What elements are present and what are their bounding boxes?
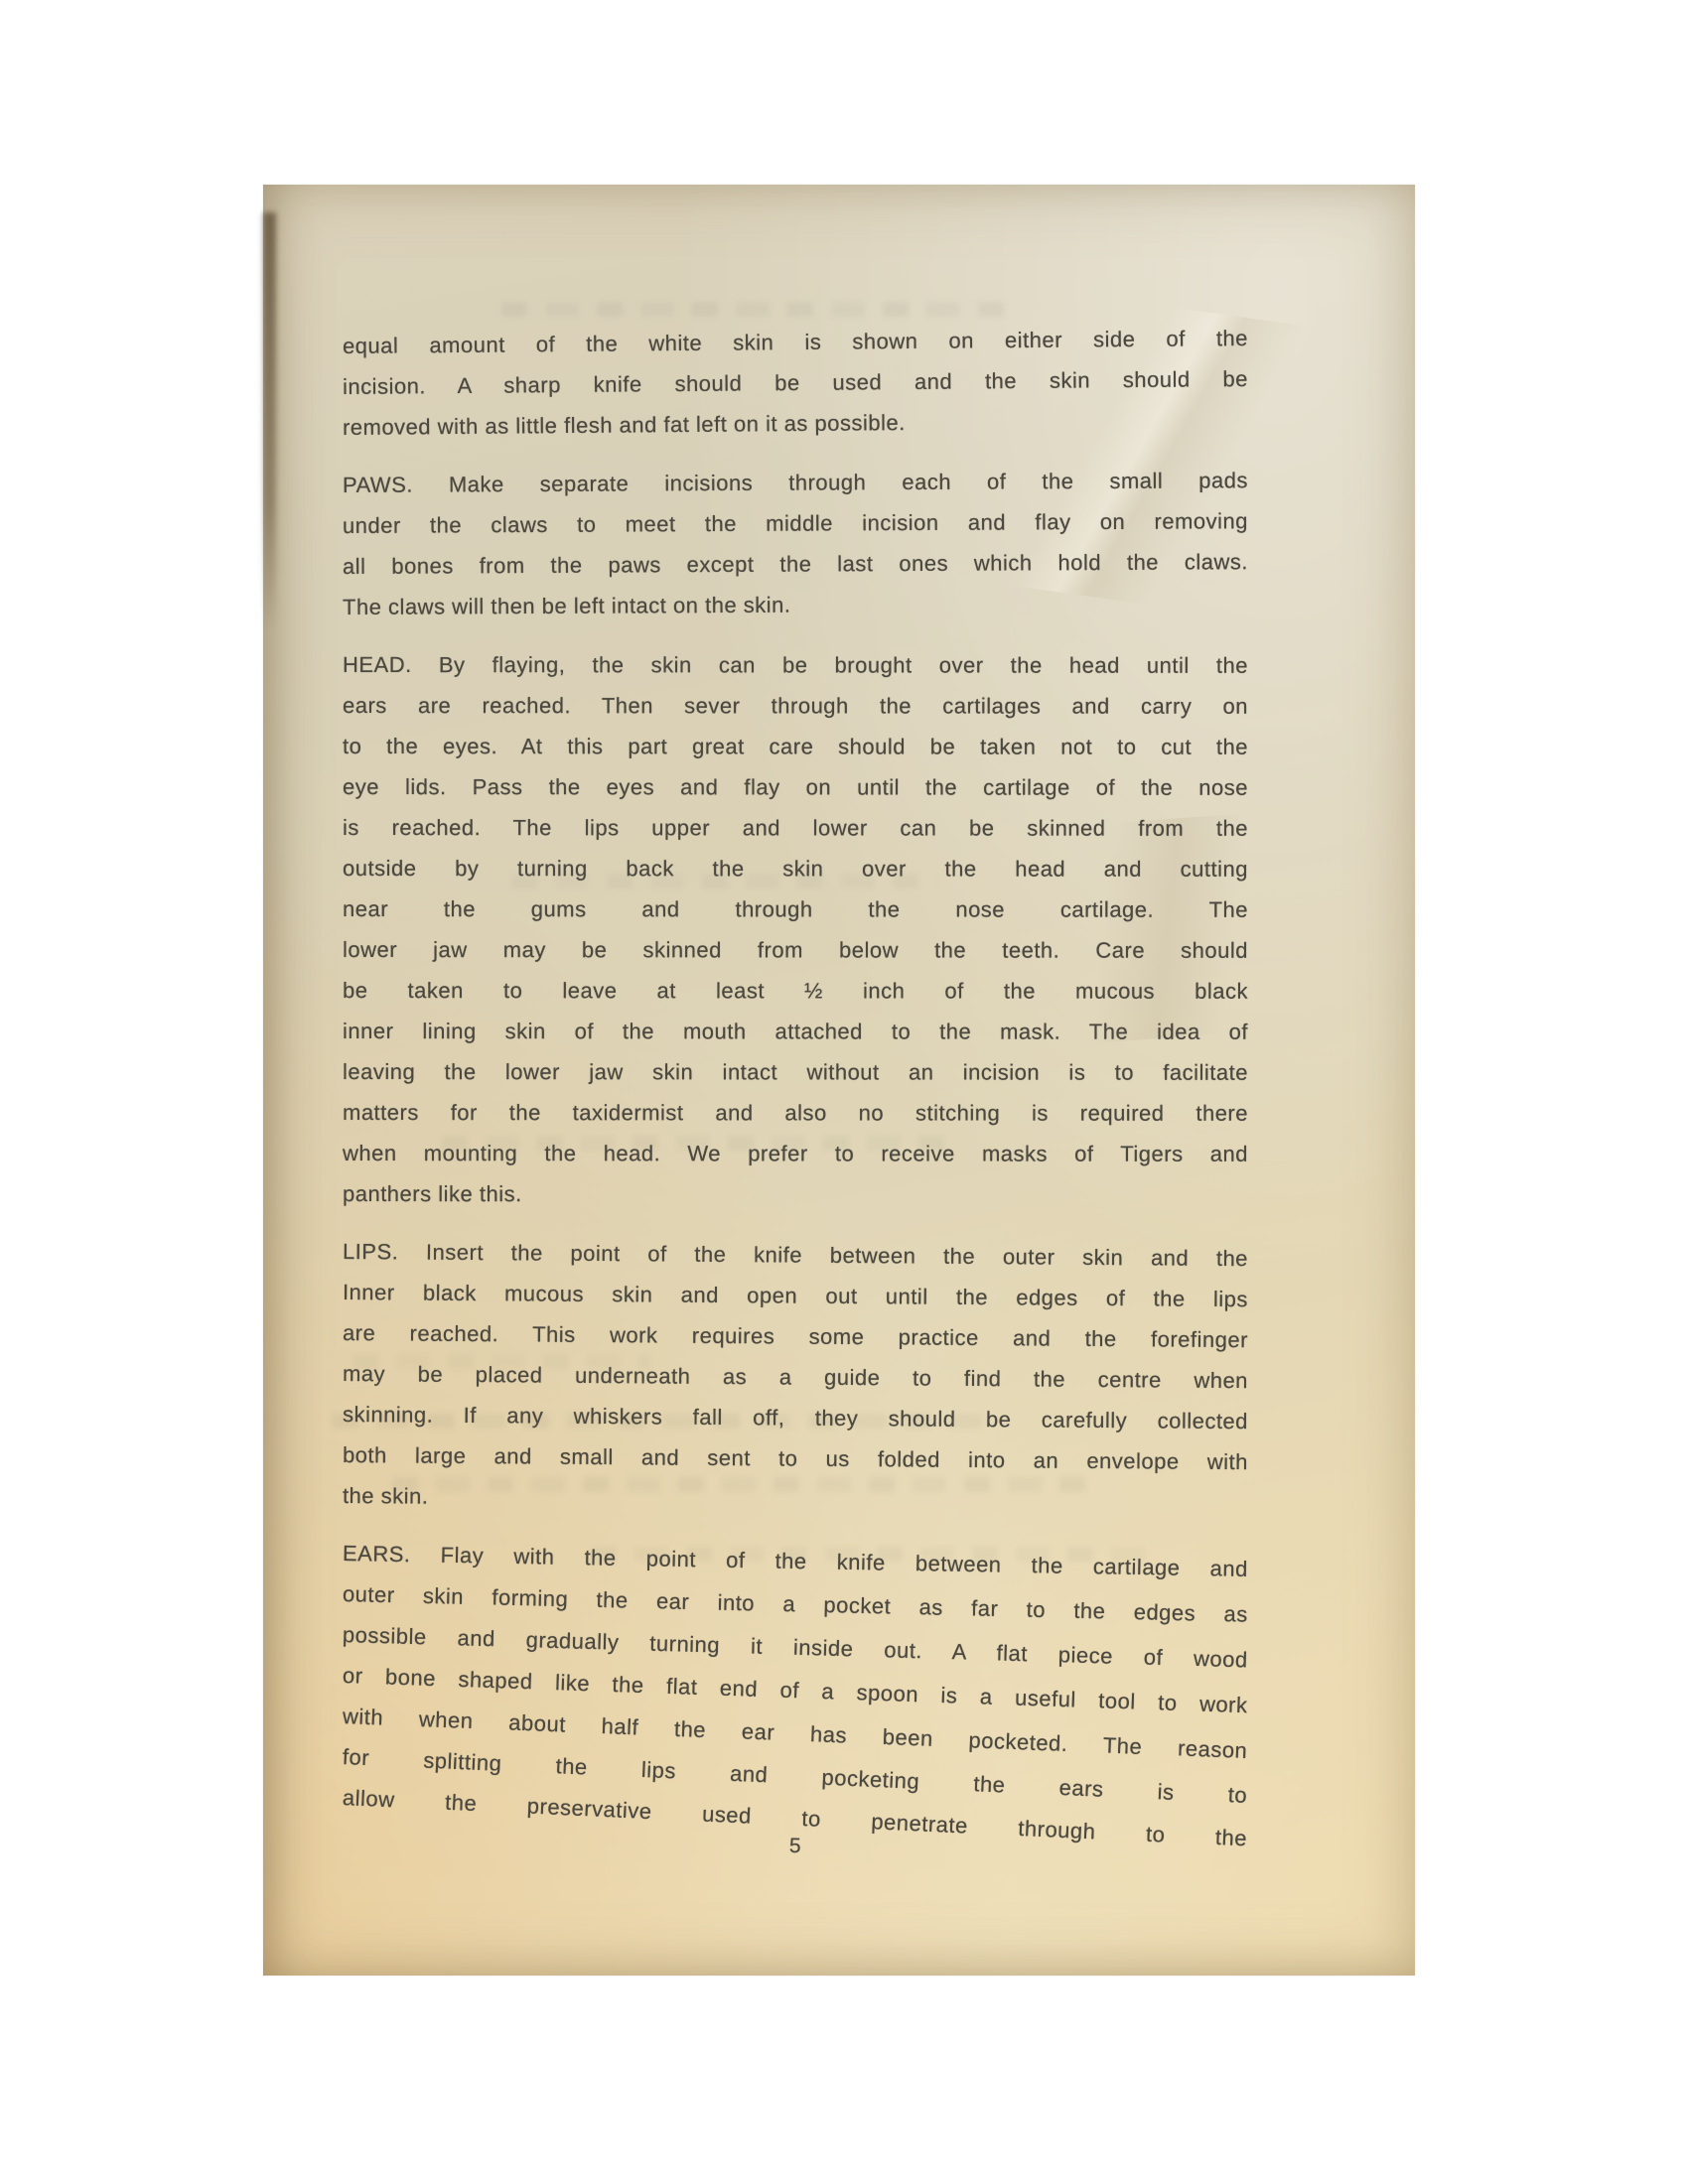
text-line: both large and small and sent to us fold… — [343, 1434, 1248, 1482]
page-gutter-shadow — [263, 212, 276, 629]
paragraph-paws: PAWS. Make separate incisions through ea… — [343, 465, 1248, 627]
text-line: is reached. The lips upper and lower can… — [343, 807, 1248, 849]
text-line: Inner black mucous skin and open out unt… — [343, 1272, 1248, 1319]
text-line: all bones from the paws except the last … — [343, 541, 1248, 587]
paragraph-ears: EARS. Flay with the point of the knife b… — [343, 1533, 1248, 1818]
text-line: when mounting the head. We prefer to rec… — [343, 1133, 1248, 1174]
text-line: near the gums and through the nose carti… — [343, 888, 1248, 930]
text-line: removed with as little flesh and fat lef… — [343, 399, 1248, 448]
paragraph-head: HEAD. By flaying, the skin can be brough… — [343, 644, 1248, 1214]
text-line: matters for the taxidermist and also no … — [343, 1092, 1248, 1134]
text-line: to the eyes. At this part great care sho… — [343, 726, 1248, 767]
text-line: inner lining skin of the mouth attached … — [343, 1011, 1248, 1052]
text-line: panthers like this. — [343, 1173, 1248, 1215]
text-column: equal amount of the white skin is shown … — [343, 326, 1248, 1858]
text-line: may be placed underneath as a guide to f… — [343, 1353, 1248, 1401]
book-page: equal amount of the white skin is shown … — [263, 185, 1415, 1976]
text-line: the skin. — [343, 1475, 1248, 1523]
scan-background: equal amount of the white skin is shown … — [0, 0, 1688, 2184]
text-line: be taken to leave at least ½ inch of the… — [343, 970, 1248, 1012]
text-line: ears are reached. Then sever through the… — [343, 685, 1248, 727]
text-line: are reached. This work requires some pra… — [343, 1312, 1248, 1360]
text-line: lower jaw may be skinned from below the … — [343, 929, 1248, 971]
text-line: The claws will then be left intact on th… — [343, 582, 1248, 627]
text-line: skinning. If any whiskers fall off, they… — [343, 1394, 1248, 1441]
text-line: under the claws to meet the middle incis… — [343, 500, 1248, 546]
paragraph-incision-continuation: equal amount of the white skin is shown … — [343, 326, 1248, 448]
text-line: LIPS. Insert the point of the knife betw… — [343, 1231, 1248, 1279]
text-line: leaving the lower jaw skin intact withou… — [343, 1051, 1248, 1093]
paragraph-lips: LIPS. Insert the point of the knife betw… — [343, 1231, 1248, 1516]
text-line: HEAD. By flaying, the skin can be brough… — [343, 644, 1248, 686]
text-line: PAWS. Make separate incisions through ea… — [343, 460, 1248, 505]
text-line: outside by turning back the skin over th… — [343, 848, 1248, 889]
show-through-smudge — [501, 302, 1018, 317]
text-line: eye lids. Pass the eyes and flay on unti… — [343, 766, 1248, 808]
